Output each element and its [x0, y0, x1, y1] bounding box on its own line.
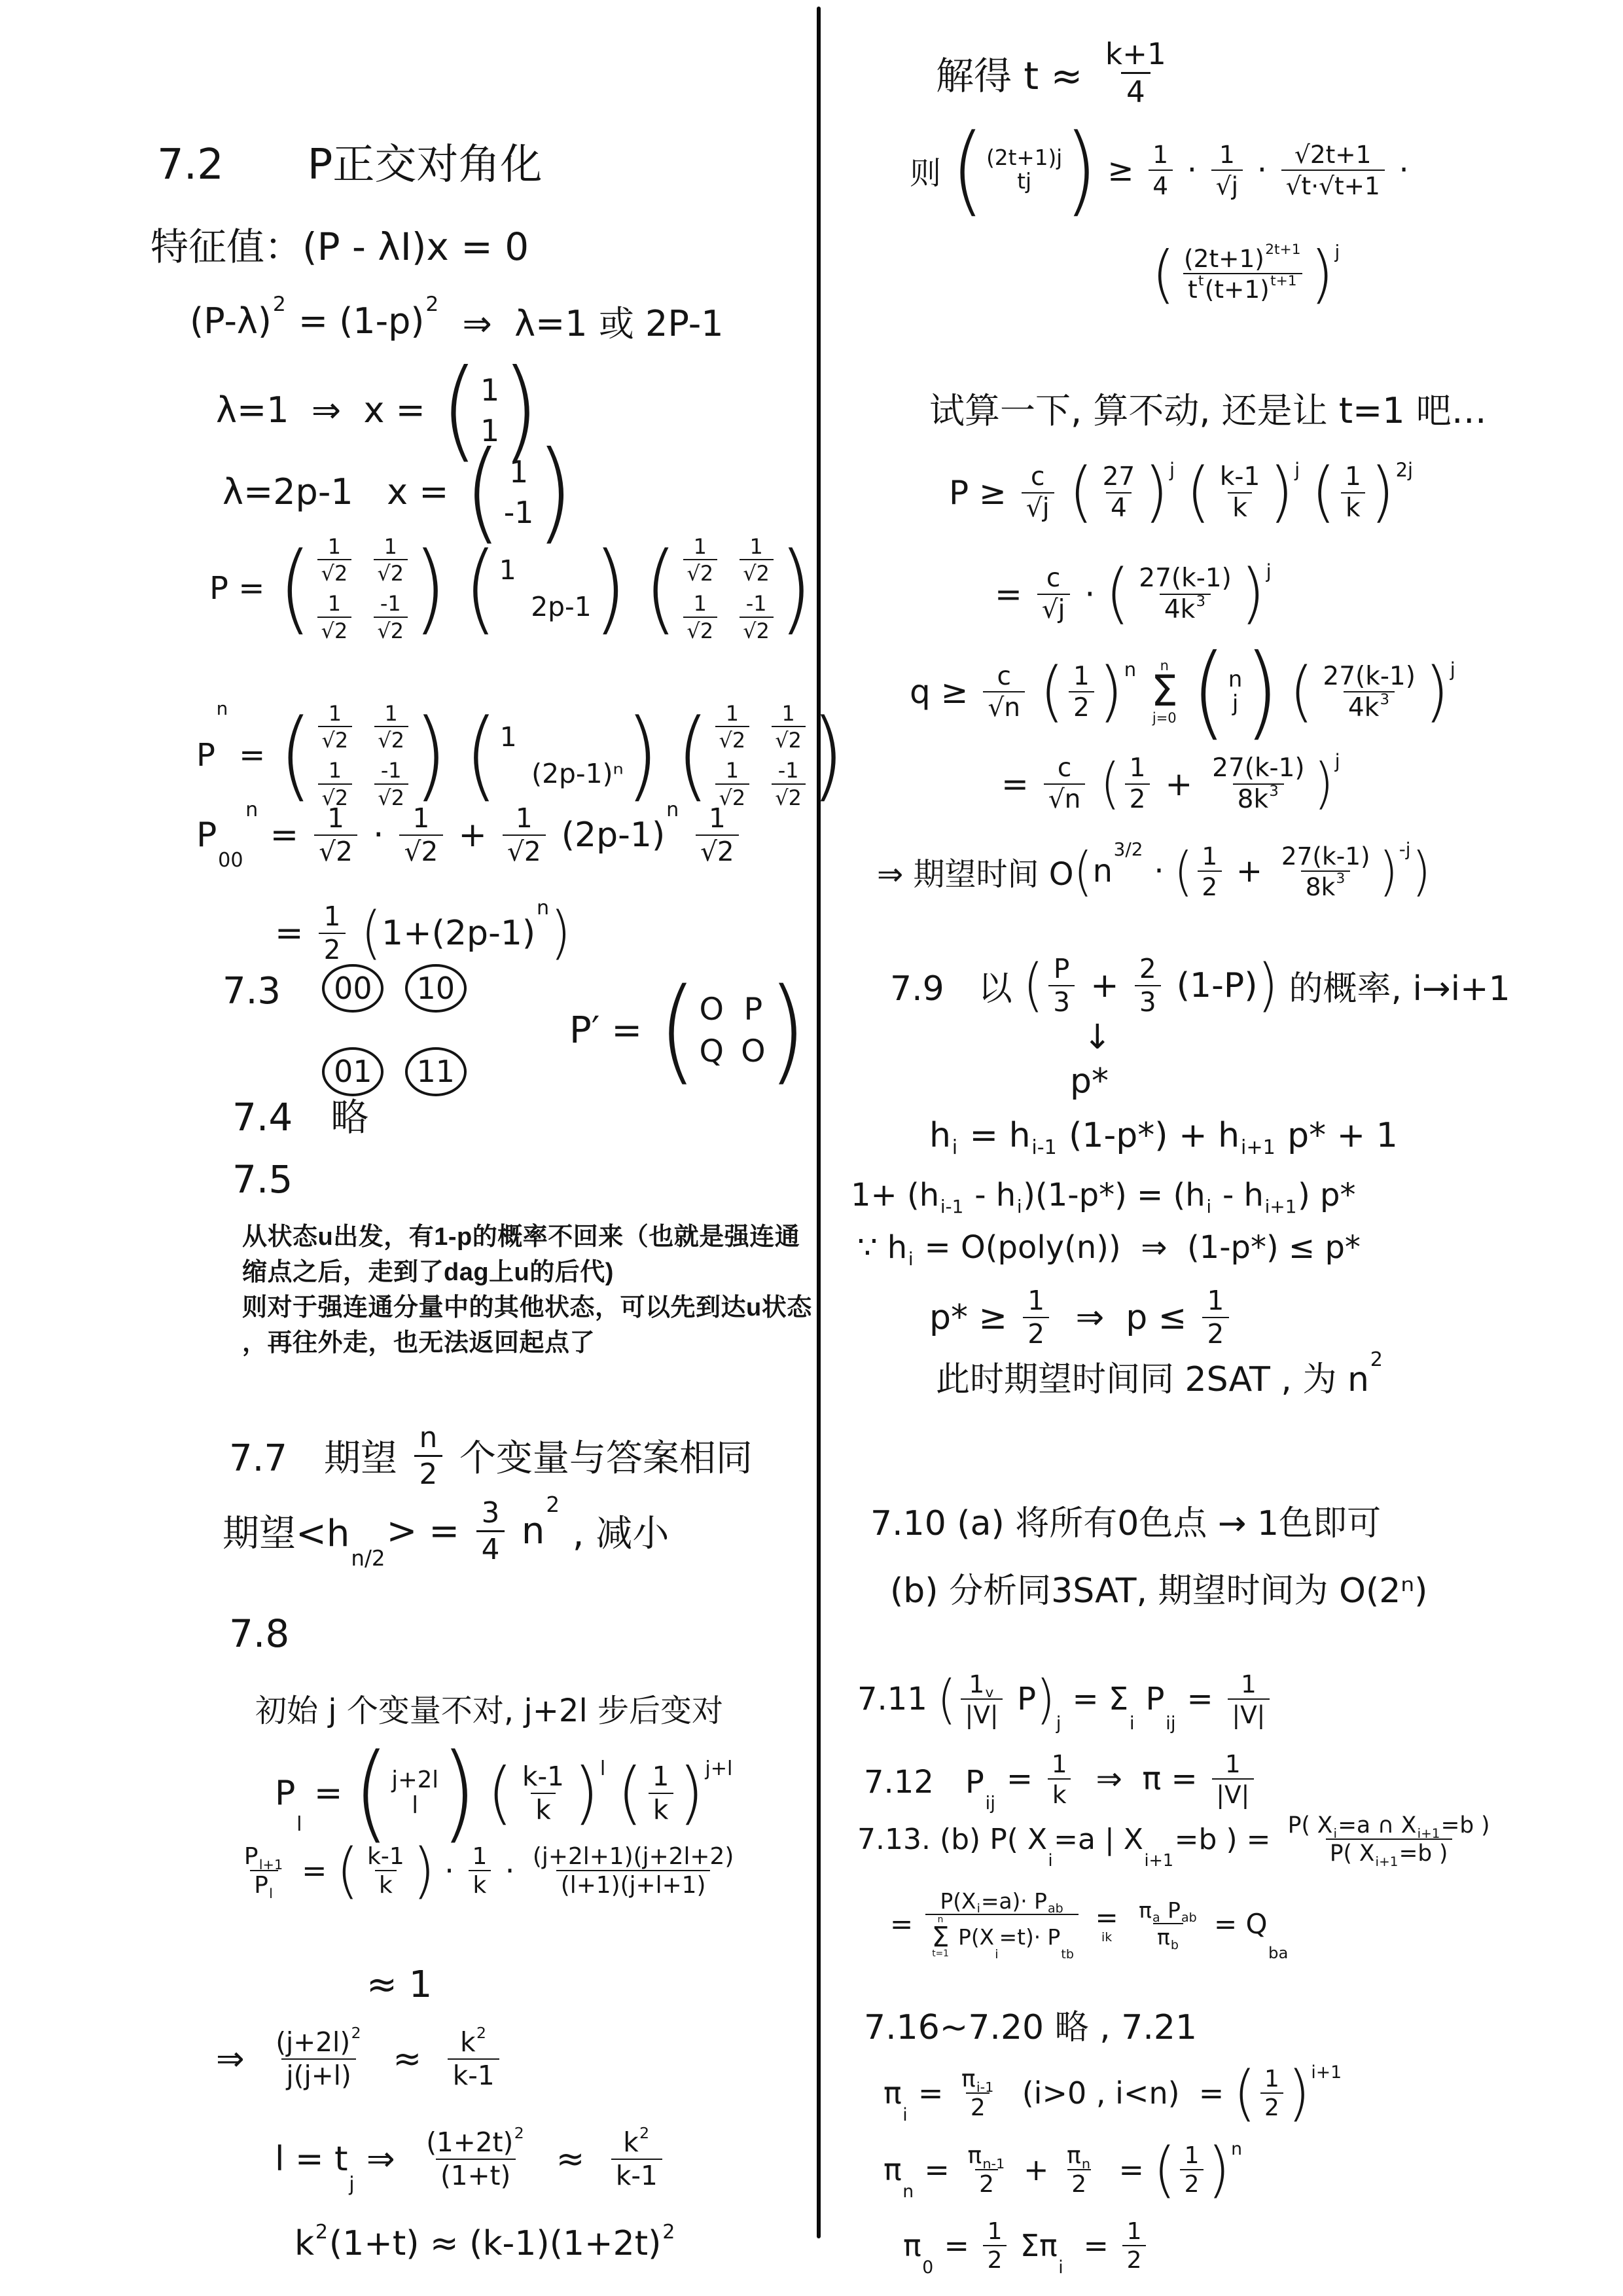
- eq-h-recurrence: hi = hi-1 (1-p*) + hi+1 p* + 1: [929, 1116, 1398, 1155]
- eq-q-lower-bound: q ≥ c√n (12)n nΣj=0 (nj) (27(k-1)4k3)j: [910, 655, 1457, 730]
- eq-P-simplified: = c√j · (27(k-1)4k3)j: [995, 563, 1272, 625]
- annotation-p-star: p*: [1070, 1062, 1109, 1101]
- eq-binom-bound-1: 则 ((2t+1)jtj) ≥ 14 · 1√j · √2t+1√t·√t+1 …: [910, 134, 1409, 206]
- eq-solve-t: 解得 t ≈ k+14: [936, 36, 1177, 110]
- annotation-down-arrow: ↓: [1083, 1018, 1112, 1057]
- eq-expected-time: ⇒ 期望时间 O(n3/2 · (12 + 27(k-1)8k3)-j): [877, 841, 1431, 902]
- heading-7-9: 7.9 以 (P3 + 23 (1-P)) 的概率, i→i+1: [890, 952, 1510, 1018]
- eq-7-12: 7.12 Pij = 1k ⇒ π = 1|V|: [864, 1749, 1258, 1810]
- page: { "page": { "width": 2480, "height": 350…: [0, 0, 1623, 2296]
- eq-binom-bound-2: ((2t+1)2t+1tt(t+1)t+1)j: [1152, 243, 1341, 304]
- eq-7-11: 7.11 (1v|V| P)j = Σi Pij = 1|V|: [857, 1669, 1274, 1730]
- eq-h-difference: 1+ (hi-1 - hi)(1-p*) = (hi - hi+1) p*: [851, 1177, 1356, 1213]
- note-same-as-2sat: 此时期望时间同 2SAT , 为 n2: [936, 1352, 1384, 1401]
- heading-7-10-a: 7.10 (a) 将所有0色点 → 1色即可: [870, 1496, 1381, 1545]
- right-column: 解得 t ≈ k+14则 ((2t+1)jtj) ≥ 14 · 1√j · √2…: [0, 0, 1623, 2296]
- eq-p-star-bound: p* ≥ 12 ⇒ p ≤ 12: [929, 1284, 1234, 1350]
- note-try-t-1: 试算一下, 算不动, 还是让 t=1 吧…: [929, 383, 1487, 433]
- eq-7-13-expanded: = P(Xi=a)· PabnΣt=1 P(Xi=t)· Ptb =ik πa …: [890, 1888, 1289, 1959]
- eq-q-simplified: = c√n (12 + 27(k-1)8k3)j: [1001, 753, 1341, 815]
- eq-pi-0: π0 = 12 Σπi = 12: [903, 2217, 1150, 2274]
- eq-h-poly-bound: ∵ hi = O(poly(n)) ⇒ (1-p*) ≤ p*: [857, 1229, 1361, 1266]
- eq-7-13-bayes: 7.13. (b) P( Xi=a | Xi+1=b ) = P( Xi=a ∩…: [857, 1812, 1498, 1867]
- eq-pi-i: πi = πi-12 (i>0 , i<n) = (12)i+1: [883, 2065, 1343, 2122]
- note-7-10-b: (b) 分析同3SAT, 期望时间为 O(2ⁿ): [890, 1563, 1427, 1612]
- eq-P-lower-bound: P ≥ c√j (274)j (k-1k)j (1k)2j: [949, 461, 1414, 524]
- heading-7-16-to-7-21: 7.16~7.20 略 , 7.21: [864, 2000, 1197, 2049]
- eq-pi-n: πn = πn-12 + πn2 = (12)n: [883, 2142, 1243, 2198]
